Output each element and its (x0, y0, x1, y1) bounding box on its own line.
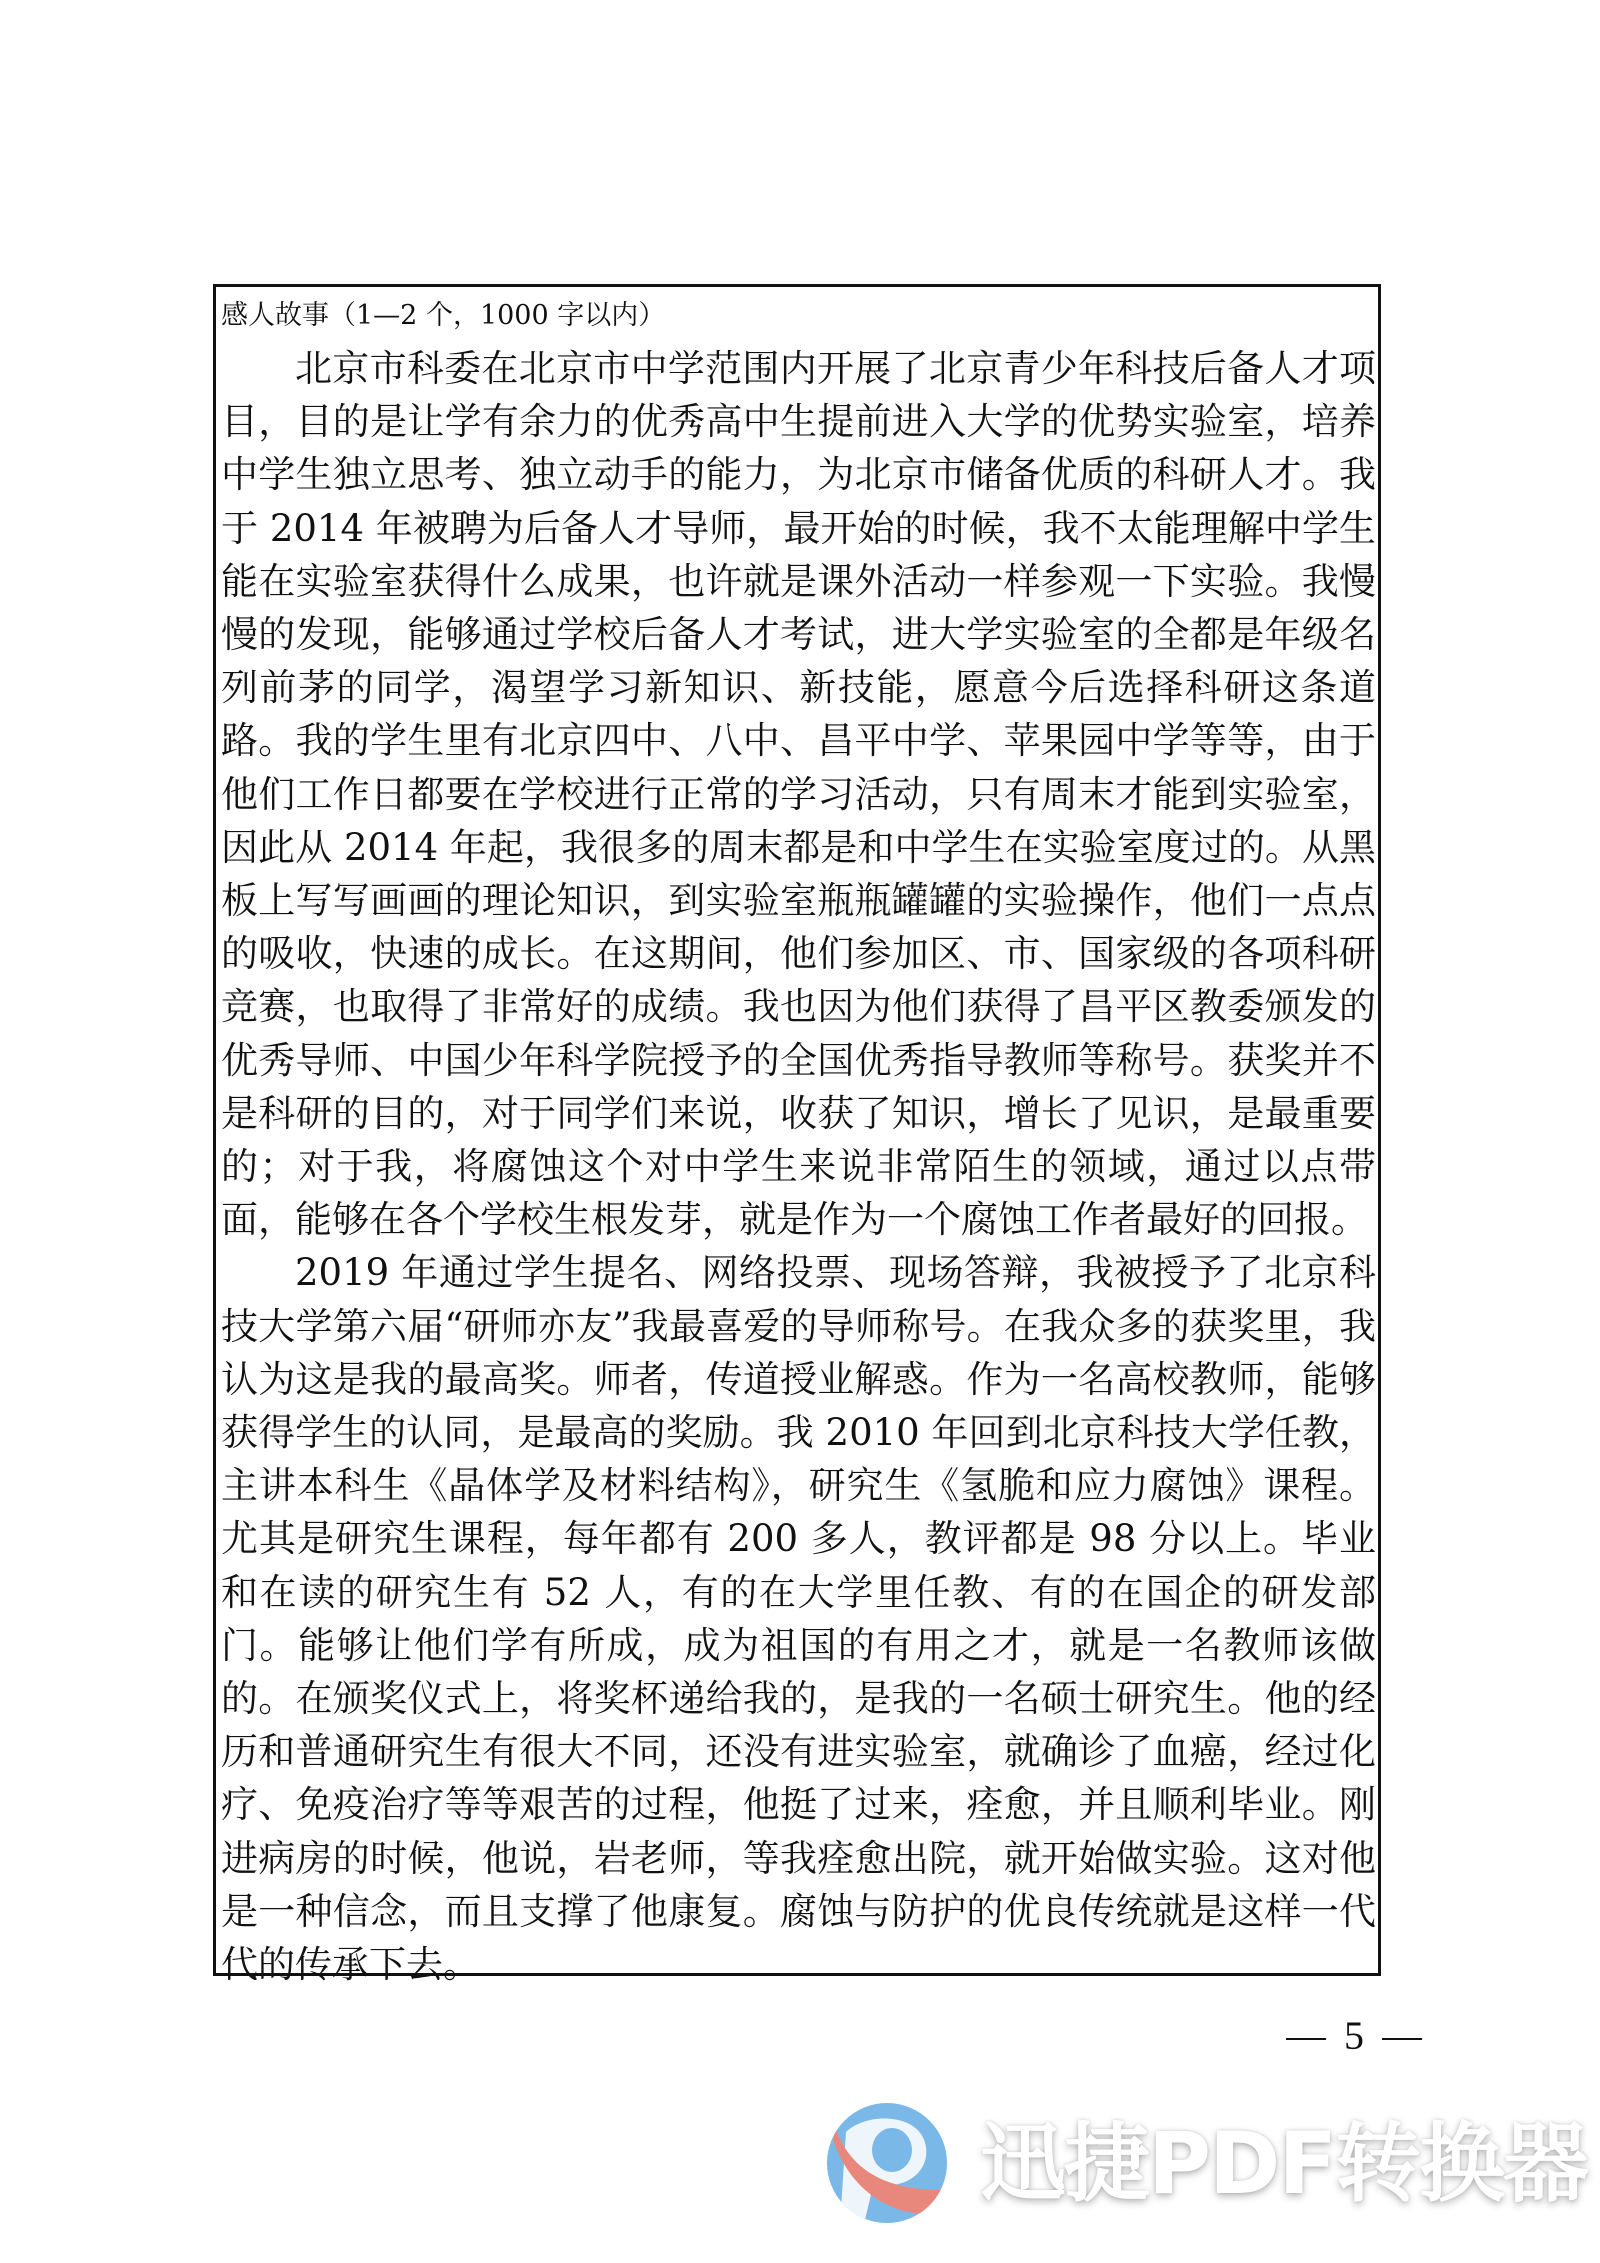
p-logo-icon (826, 2102, 948, 2224)
watermark: 迅捷PDF转换器 (826, 2102, 1566, 2226)
story-body: 北京市科委在北京市中学范围内开展了北京青少年科技后备人才项目，目的是让学有余力的… (221, 342, 1376, 1991)
story-paragraph-2: 2019 年通过学生提名、网络投票、现场答辩，我被授予了北京科技大学第六届“研师… (221, 1246, 1376, 1991)
story-form-box: 感人故事（1—2 个，1000 字以内） 北京市科委在北京市中学范围内开展了北京… (213, 284, 1381, 1976)
section-title: 感人故事（1—2 个，1000 字以内） (221, 298, 665, 334)
story-paragraph-1: 北京市科委在北京市中学范围内开展了北京青少年科技后备人才项目，目的是让学有余力的… (221, 342, 1376, 1246)
page-number: 5 (1268, 2014, 1440, 2058)
watermark-text: 迅捷PDF转换器 (980, 2114, 1587, 2214)
page-number-value: 5 (1344, 2013, 1364, 2058)
dash-left (1286, 2038, 1326, 2040)
dash-right (1382, 2038, 1422, 2040)
